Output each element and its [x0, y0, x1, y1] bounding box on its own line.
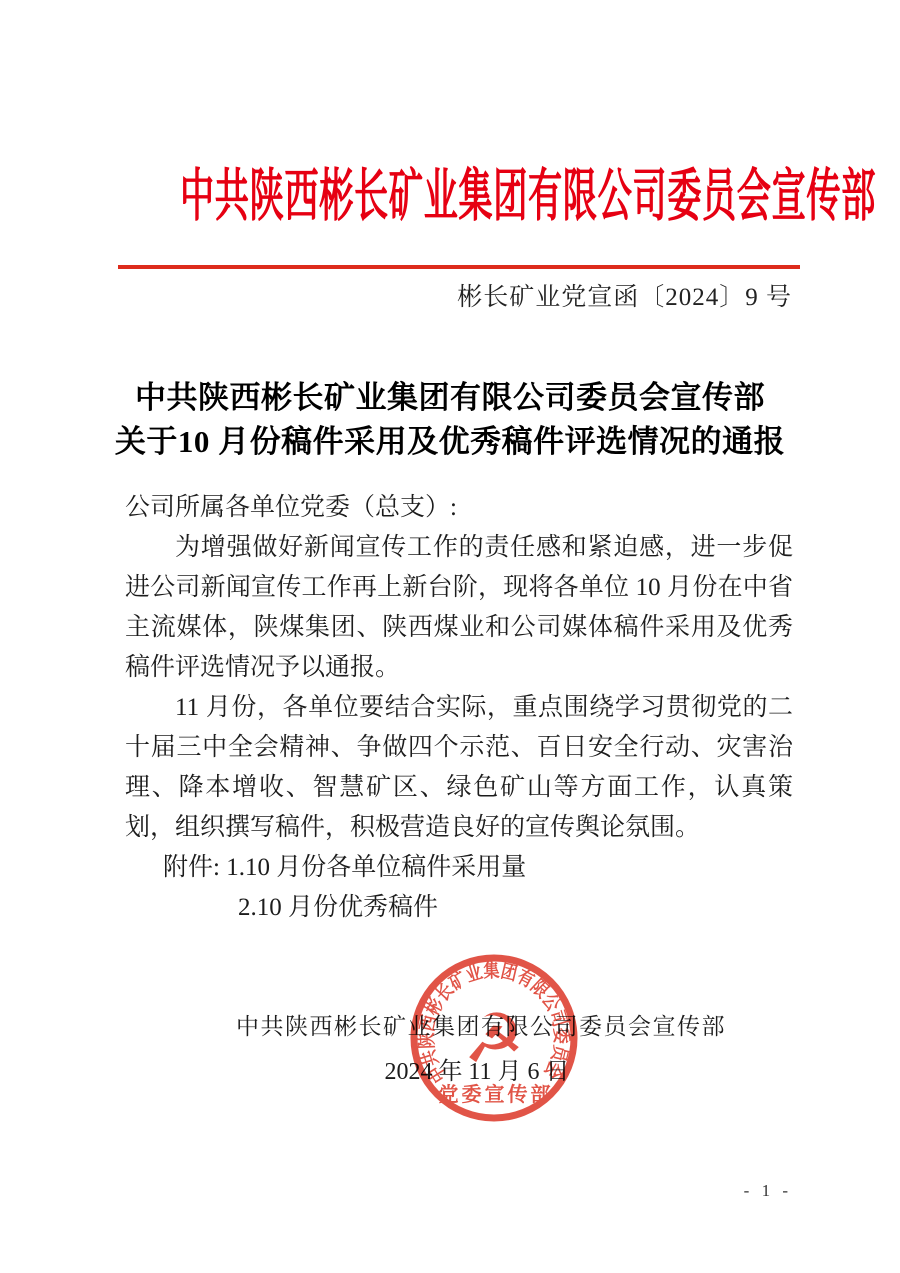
document-title-line2: 关于10 月份稿件采用及优秀稿件评选情况的通报 — [0, 420, 900, 464]
document-page: 中共陕西彬长矿业集团有限公司委员会宣传部 彬长矿业党宣函〔2024〕9 号 中共… — [0, 0, 900, 1273]
attachments-block: 附件: 1.10 月份各单位稿件采用量 2.10 月份优秀稿件 — [163, 848, 793, 928]
document-body: 公司所属各单位党委（总支）: 为增强做好新闻宣传工作的责任感和紧迫感，进一步促进… — [125, 488, 793, 928]
seal-hammer-sickle-icon: ☭ — [464, 1000, 525, 1079]
page-number: - 1 - — [744, 1181, 792, 1201]
salutation: 公司所属各单位党委（总支）: — [125, 488, 793, 528]
official-seal: 中共陕西彬长矿业集团有限公司委员会 ☭ 党委宣传部 — [406, 950, 582, 1126]
letterhead-org-title: 中共陕西彬长矿业集团有限公司委员会宣传部 — [180, 156, 720, 236]
seal-bottom-text: 党委宣传部 — [439, 1082, 554, 1106]
attachment-item-2: 2.10 月份优秀稿件 — [238, 894, 438, 921]
red-divider-line — [118, 265, 800, 269]
body-paragraph-1: 为增强做好新闻宣传工作的责任感和紧迫感，进一步促进公司新闻宣传工作再上新台阶，现… — [125, 528, 793, 688]
body-paragraph-2: 11 月份，各单位要结合实际，重点围绕学习贯彻党的二十届三中全会精神、争做四个示… — [125, 688, 793, 848]
doc-reference-number: 彬长矿业党宣函〔2024〕9 号 — [457, 282, 792, 314]
attachment-line-1: 附件: 1.10 月份各单位稿件采用量 — [163, 848, 793, 888]
attachment-item-1: 1.10 月份各单位稿件采用量 — [226, 854, 526, 881]
document-title: 中共陕西彬长矿业集团有限公司委员会宣传部 关于10 月份稿件采用及优秀稿件评选情… — [0, 376, 900, 464]
attachments-label: 附件: — [163, 854, 226, 881]
attachment-line-2: 2.10 月份优秀稿件 — [163, 888, 793, 928]
document-title-line1: 中共陕西彬长矿业集团有限公司委员会宣传部 — [0, 376, 900, 420]
